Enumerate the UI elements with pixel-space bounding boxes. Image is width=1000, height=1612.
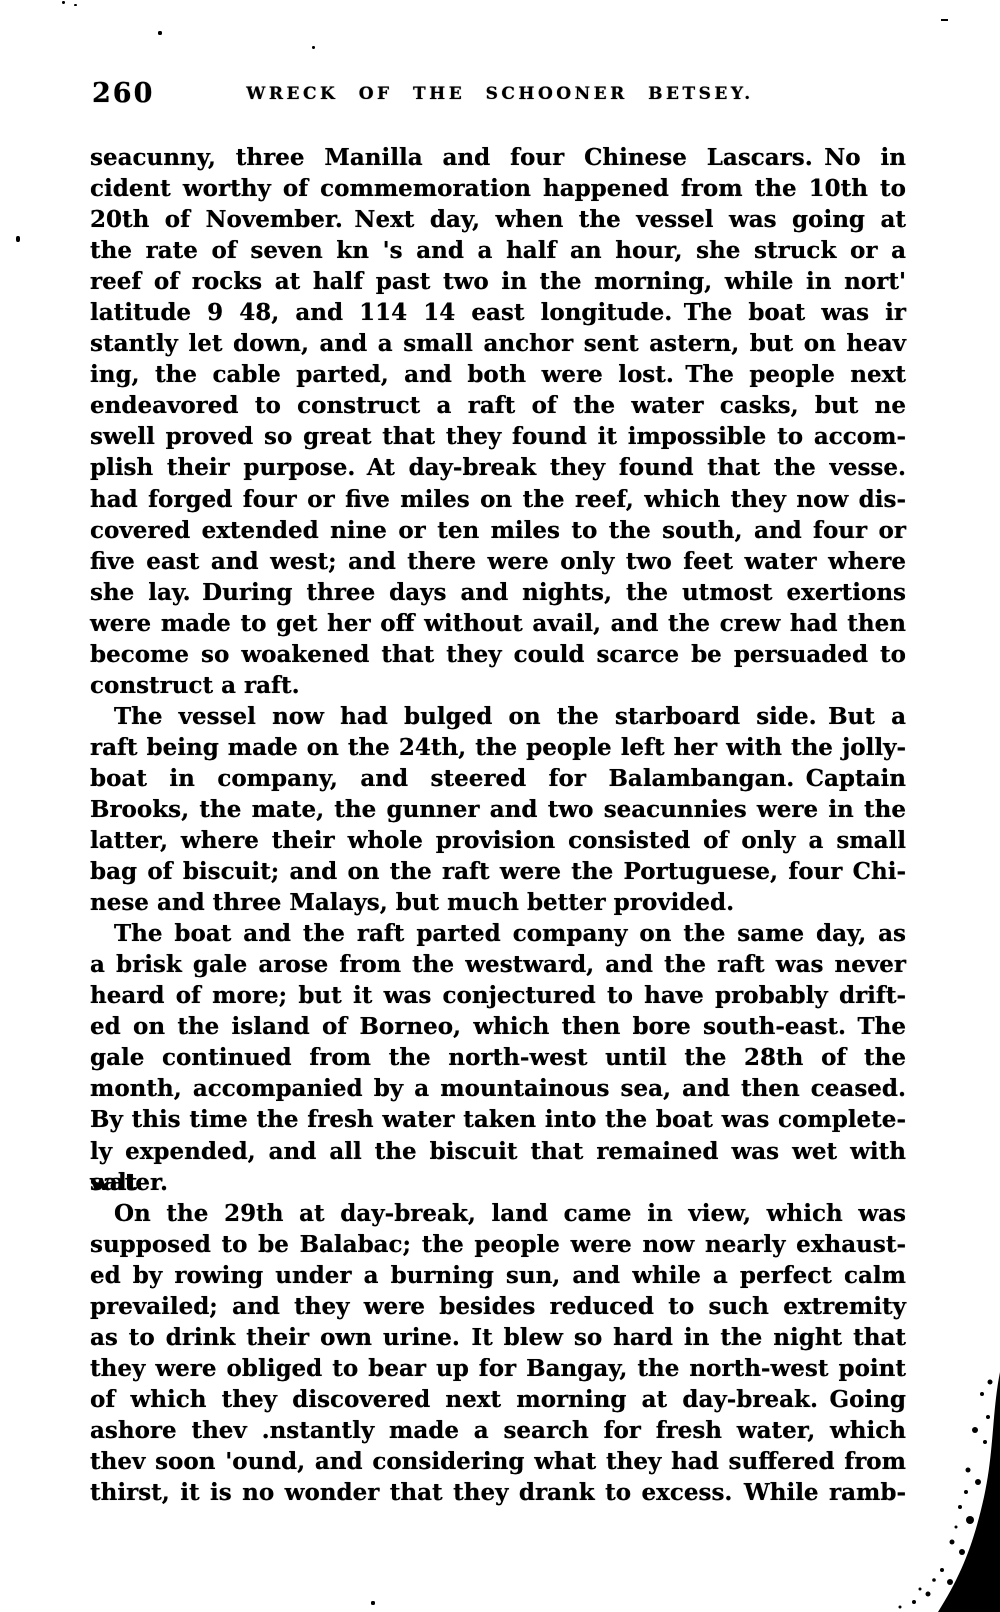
paragraph: On the 29th at day-break, land came in v… — [90, 1198, 906, 1508]
text-line: bag of biscuit; and on the raft were the… — [90, 856, 906, 887]
scan-speck — [62, 1, 65, 4]
scan-speck — [371, 1601, 375, 1605]
text-line: latter, where their whole provision cons… — [90, 825, 906, 856]
text-line: cident worthy of commemoration happened … — [90, 173, 906, 204]
text-line: Brooks, the mate, the gunner and two sea… — [90, 794, 906, 825]
running-title: WRECK OF THE SCHOONER BETSEY. — [0, 84, 1000, 104]
text-line: plish their purpose. At day-break they f… — [90, 452, 906, 483]
text-line: ashore thev .nstantly made a search for … — [90, 1415, 906, 1446]
page-body: seacunny, three Manilla and four Chinese… — [90, 142, 906, 1508]
text-line: were made to get her off without avail, … — [90, 608, 906, 639]
text-line: thirst, it is no wonder that they drank … — [90, 1477, 906, 1508]
text-line: boat in company, and steered for Balamba… — [90, 763, 906, 794]
text-line: gale continued from the north-west until… — [90, 1042, 906, 1073]
scan-speck — [941, 19, 948, 21]
scan-speck — [16, 236, 20, 242]
text-line: The boat and the raft parted company on … — [90, 918, 906, 949]
text-line: 20th of November. Next day, when the ves… — [90, 204, 906, 235]
text-line: thev soon 'ound, and considering what th… — [90, 1446, 906, 1477]
text-line: of which they discovered next morning at… — [90, 1384, 906, 1415]
text-line: raft being made on the 24th, the people … — [90, 732, 906, 763]
text-line: stantly let down, and a small anchor sen… — [90, 328, 906, 359]
text-line: supposed to be Balabac; the people were … — [90, 1229, 906, 1260]
text-line: ed by rowing under a burning sun, and wh… — [90, 1260, 906, 1291]
text-line: latitude 9 48, and 114 14 east longitude… — [90, 297, 906, 328]
text-line: had forged four or five miles on the ree… — [90, 484, 906, 515]
book-page: 260 WRECK OF THE SCHOONER BETSEY. seacun… — [0, 0, 1000, 1612]
text-line: ly expended, and all the biscuit that re… — [90, 1136, 906, 1167]
text-line: ing, the cable parted, and both were los… — [90, 359, 906, 390]
text-line: a brisk gale arose from the westward, an… — [90, 949, 906, 980]
paragraph: The boat and the raft parted company on … — [90, 918, 906, 1197]
text-line: By this time the fresh water taken into … — [90, 1104, 906, 1135]
text-line: prevailed; and they were besides reduced… — [90, 1291, 906, 1322]
scan-speck — [74, 4, 77, 6]
text-line: they were obliged to bear up for Bangay,… — [90, 1353, 906, 1384]
text-line: swell proved so great that they found it… — [90, 421, 906, 452]
text-line: month, accompanied by a mountainous sea,… — [90, 1073, 906, 1104]
text-line: she lay. During three days and nights, t… — [90, 577, 906, 608]
text-line: seacunny, three Manilla and four Chinese… — [90, 142, 906, 173]
scan-speck — [312, 46, 315, 49]
text-line: covered extended nine or ten miles to th… — [90, 515, 906, 546]
text-line: become so woakened that they could scarc… — [90, 639, 906, 670]
text-line: reef of rocks at half past two in the mo… — [90, 266, 906, 297]
paragraph: The vessel now had bulged on the starboa… — [90, 701, 906, 918]
text-line: water. — [90, 1167, 906, 1198]
text-line: five east and west; and there were only … — [90, 546, 906, 577]
text-line: heard of more; but it was conjectured to… — [90, 980, 906, 1011]
ink-blot-bottom-right — [870, 1342, 1000, 1612]
scan-speck — [158, 31, 162, 35]
text-line: The vessel now had bulged on the starboa… — [90, 701, 906, 732]
text-line: as to drink their own urine. It blew so … — [90, 1322, 906, 1353]
paragraph: seacunny, three Manilla and four Chinese… — [90, 142, 906, 701]
text-line: the rate of seven kn 's and a half an ho… — [90, 235, 906, 266]
text-line: On the 29th at day-break, land came in v… — [90, 1198, 906, 1229]
text-line: nese and three Malays, but much better p… — [90, 887, 906, 918]
text-line: endeavored to construct a raft of the wa… — [90, 390, 906, 421]
text-line: ed on the island of Borneo, which then b… — [90, 1011, 906, 1042]
text-line: construct a raft. — [90, 670, 906, 701]
